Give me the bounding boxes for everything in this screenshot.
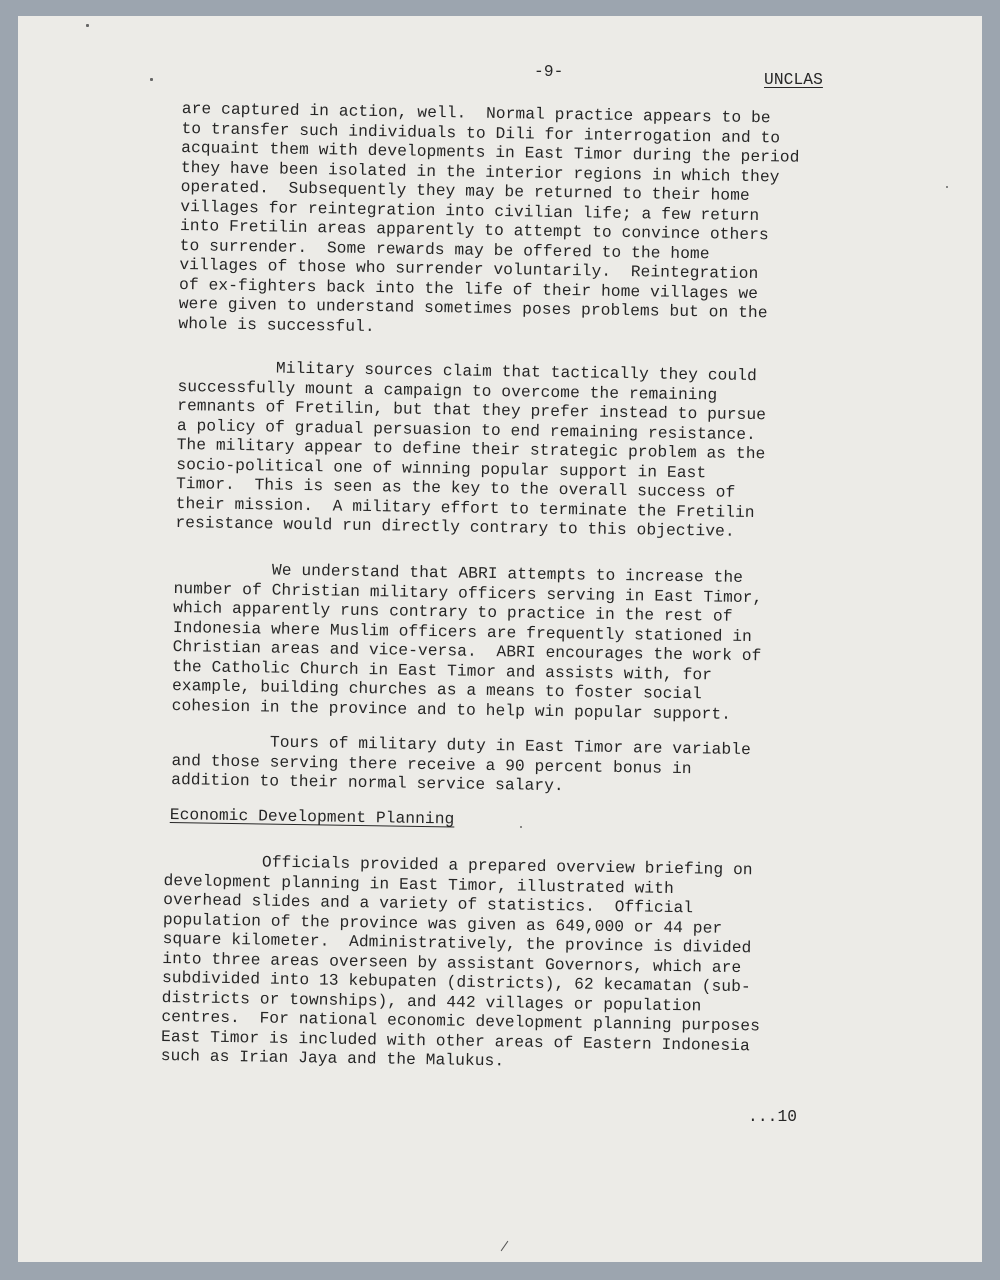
classification-marking: UNCLAS: [764, 71, 823, 89]
pen-mark: [501, 1241, 509, 1251]
text-line: whole is successful.: [178, 314, 375, 335]
page-number: -9-: [534, 63, 563, 81]
paper-speck: [86, 24, 89, 27]
document-page: -9- UNCLAS are captured in action, well.…: [18, 16, 982, 1262]
paper-speck: [520, 826, 522, 828]
paragraph-5: Officials provided a prepared overview b…: [160, 852, 203, 1087]
text-line: such as Irian Jaya and the Malukus.: [161, 1047, 505, 1070]
paper-speck: [946, 186, 948, 188]
paper-speck: [150, 78, 153, 81]
paragraph-3: We understand that ABRI attempts to incr…: [171, 560, 213, 741]
paragraph-2: Military sources claim that tactically t…: [175, 358, 217, 557]
section-heading: Economic Development Planning: [170, 806, 455, 828]
paragraph-1: are captured in action, well. Normal pra…: [178, 100, 221, 353]
continuation-marker: ...10: [748, 1108, 797, 1126]
